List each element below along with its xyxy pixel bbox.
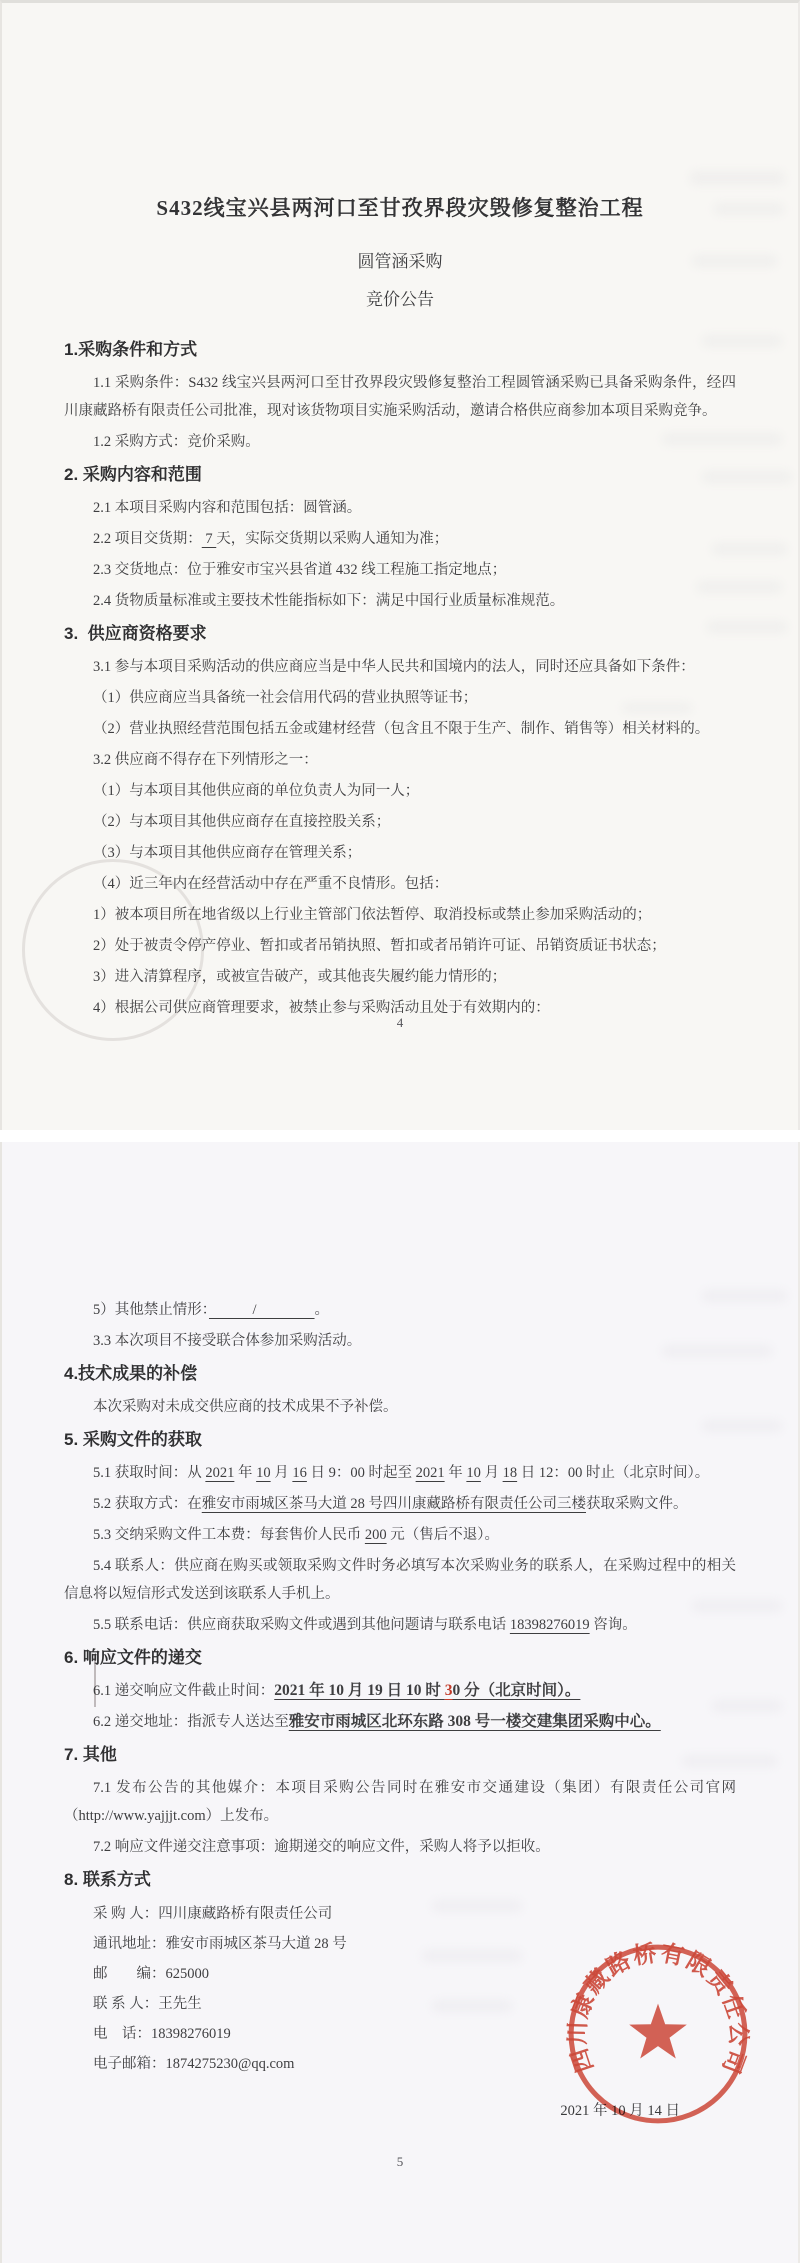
- clause-3-3: 3.3 本次项目不接受联合体参加采购活动。: [64, 1327, 736, 1355]
- clause-3-2-item-4-sub-3: 3）进入清算程序，或被宣告破产，或其他丧失履约能力情形的；: [64, 963, 736, 991]
- clause-4-body: 本次采购对未成交供应商的技术成果不予补偿。: [64, 1393, 736, 1421]
- section-6-heading: 6. 响应文件的递交: [64, 1643, 736, 1673]
- clause-5-1: 5.1 获取时间：从 2021 年 10 月 16 日 9：00 时起至 202…: [64, 1459, 736, 1487]
- clause-3-2-item-1: （1）与本项目其他供应商的单位负责人为同一人；: [64, 777, 736, 805]
- scanned-page-5: 5）其他禁止情形： / 。 3.3 本次项目不接受联合体参加采购活动。 4.技术…: [0, 1142, 800, 2263]
- section-5-heading: 5. 采购文件的获取: [64, 1425, 736, 1455]
- clause-3-2-item-4-sub-1: 1）被本项目所在地省级以上行业主管部门依法暂停、取消投标或禁止参加采购活动的；: [64, 901, 736, 929]
- clause-3-2-item-3: （3）与本项目其他供应商存在管理关系；: [64, 839, 736, 867]
- clause-3-2-item-4-sub-2: 2）处于被责令停产停业、暂扣或者吊销执照、暂扣或者吊销许可证、吊销资质证书状态；: [64, 932, 736, 960]
- clause-3-2-item-4-sub-5: 5）其他禁止情形： / 。: [64, 1296, 736, 1324]
- clause-3-2-item-2: （2）与本项目其他供应商存在直接控股关系；: [64, 808, 736, 836]
- page-number: 5: [2, 2154, 798, 2170]
- clause-7-2: 7.2 响应文件递交注意事项：逾期递交的响应文件，采购人将予以拒收。: [64, 1833, 736, 1861]
- section-8-heading: 8. 联系方式: [64, 1865, 736, 1895]
- section-7-heading: 7. 其他: [64, 1740, 736, 1770]
- purchaser-name: 采 购 人：四川康藏路桥有限责任公司: [64, 1899, 736, 1929]
- clause-1-1: 1.1 采购条件：S432 线宝兴县两河口至甘孜界段灾毁修复整治工程圆管涵采购已…: [64, 369, 736, 425]
- company-seal: 四川康藏路桥有限责任公司: [562, 1938, 754, 2130]
- section-2-heading: 2. 采购内容和范围: [64, 460, 736, 490]
- clause-6-2: 6.2 递交地址：指派专人送达至雅安市雨城区北环东路 308 号一楼交建集团采购…: [64, 1708, 736, 1736]
- clause-2-3: 2.3 交货地点：位于雅安市宝兴县省道 432 线工程施工指定地点；: [64, 556, 736, 584]
- clause-3-1-item-2: （2）营业执照经营范围包括五金或建材经营（包含且不限于生产、制作、销售等）相关材…: [64, 715, 736, 743]
- clause-5-2: 5.2 获取方式：在雅安市雨城区茶马大道 28 号四川康藏路桥有限责任公司三楼获…: [64, 1490, 736, 1518]
- page-number: 4: [2, 1015, 798, 1031]
- clause-3-2-item-4: （4）近三年内在经营活动中存在严重不良情形。包括：: [64, 870, 736, 898]
- scanned-page-4: S432线宝兴县两河口至甘孜界段灾毁修复整治工程 圆管涵采购 竞价公告 1.采购…: [0, 0, 800, 1130]
- document-title: S432线宝兴县两河口至甘孜界段灾毁修复整治工程: [64, 193, 736, 223]
- document-subtitle: 圆管涵采购: [64, 249, 736, 275]
- clause-3-1-item-1: （1）供应商应当具备统一社会信用代码的营业执照等证书；: [64, 684, 736, 712]
- clause-3-2: 3.2 供应商不得存在下列情形之一：: [64, 746, 736, 774]
- page-separator: [0, 1130, 800, 1142]
- clause-5-5: 5.5 联系电话：供应商获取采购文件或遇到其他问题请与联系电话 18398276…: [64, 1611, 736, 1639]
- seal-star-icon: [629, 2004, 687, 2059]
- clause-2-1: 2.1 本项目采购内容和范围包括：圆管涵。: [64, 494, 736, 522]
- clause-2-2: 2.2 项目交货期： 7 天，实际交货期以采购人通知为准；: [64, 525, 736, 553]
- clause-5-4: 5.4 联系人：供应商在购买或领取采购文件时务必填写本次采购业务的联系人，在采购…: [64, 1552, 736, 1608]
- clause-6-1: 6.1 递交响应文件截止时间：2021 年 10 月 19 日 10 时 30 …: [64, 1677, 736, 1705]
- clause-2-4: 2.4 货物质量标准或主要技术性能指标如下：满足中国行业质量标准规范。: [64, 587, 736, 615]
- section-3-heading: 3. 供应商资格要求: [64, 619, 736, 649]
- section-1-heading: 1.采购条件和方式: [64, 335, 736, 365]
- clause-7-1: 7.1 发布公告的其他媒介：本项目采购公告同时在雅安市交通建设（集团）有限责任公…: [64, 1774, 736, 1830]
- clause-1-2: 1.2 采购方式：竞价采购。: [64, 428, 736, 456]
- notice-type-title: 竞价公告: [64, 287, 736, 313]
- clause-3-1: 3.1 参与本项目采购活动的供应商应当是中华人民共和国境内的法人，同时还应具备如…: [64, 653, 736, 681]
- clause-5-3: 5.3 交纳采购文件工本费：每套售价人民币 200 元（售后不退）。: [64, 1521, 736, 1549]
- section-4-heading: 4.技术成果的补偿: [64, 1359, 736, 1389]
